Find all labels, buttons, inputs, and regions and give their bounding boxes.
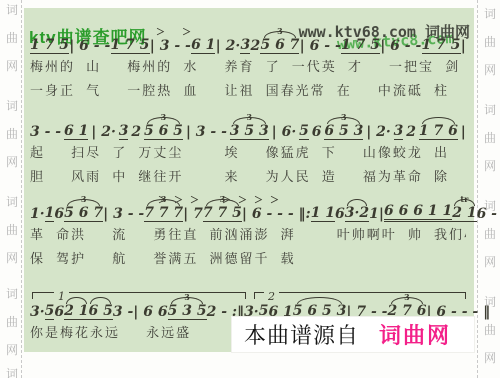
margin-watermark-char: 网: [6, 156, 18, 168]
music-system: ＞＞＞ ＞＞＞＞1·165 6 73| 3 - -7 7 73| 77 7 53…: [30, 204, 466, 270]
notation-token: | 3 - -: [103, 206, 144, 222]
notation-token: |: [461, 38, 466, 54]
lyric-line: 一身正 气 一腔热 血 让祖 国春光常 在 中流砥 柱 献 肝: [30, 82, 466, 102]
margin-watermark-char: 曲: [6, 316, 18, 328]
notation-line: ＞＞＞ ＞＞＞＞1·165 6 73| 3 - -7 7 73| 77 7 53…: [30, 204, 466, 222]
notation-token: 6 1: [191, 37, 215, 54]
margin-watermark-char: 网: [6, 344, 18, 356]
margin-watermark-char: 词: [6, 368, 18, 378]
tuplet-mark: 3: [246, 112, 252, 122]
margin-watermark-char: 网: [6, 60, 18, 72]
notation-token: 6 - |: [477, 206, 500, 222]
margin-watermark-char: 网: [484, 352, 496, 364]
notation-token: 5 3 53: [168, 303, 207, 320]
margin-watermark-char: 曲: [6, 128, 18, 140]
margin-watermark-char: 曲: [484, 324, 496, 336]
notation-token: 2: [131, 124, 141, 140]
lyric-line: 起 扫尽 了 万丈尘 埃 像猛虎 下 山像蛟龙 出 海融入: [30, 144, 466, 164]
notation-token: | 6 - -: [300, 38, 341, 54]
notation-token: 1: [45, 205, 55, 222]
margin-watermark-char: 词: [6, 100, 18, 112]
source-brand: 词曲网: [379, 319, 451, 350]
margin-watermark-char: 词: [6, 196, 18, 208]
notation-token: 2 1: [64, 303, 88, 320]
notation-token: 6 6 6 1 1: [384, 203, 452, 222]
margin-watermark-char: 网: [484, 256, 496, 268]
source-box: 本曲谱源自 词曲网: [232, 317, 474, 352]
notation-token: 6: [54, 304, 64, 320]
notation-token: 3 - -: [30, 124, 61, 140]
notation-token: 5: [299, 123, 309, 140]
notation-token: 1: [369, 206, 379, 222]
tuplet-mark: 3: [341, 112, 347, 122]
divider-dashed-left: [21, 0, 22, 378]
margin-watermark-char: 网: [484, 64, 496, 76]
notation-token: | 2·: [91, 124, 116, 140]
tuplet-mark: 3: [161, 194, 167, 204]
lyric-line: 保 驾护 航 誉满五 洲德留千 载: [30, 250, 466, 270]
notation-token: 6 1: [64, 123, 88, 140]
notation-token: 1 7 5: [422, 37, 461, 54]
notation-token: |: [461, 124, 466, 140]
tuplet-mark: 3: [81, 194, 87, 204]
notation-token: 7 7 73: [144, 205, 183, 222]
notation-token: 2: [406, 124, 416, 140]
trill-mark: tr: [460, 194, 468, 204]
tuplet-mark: 3: [404, 292, 410, 302]
notation-line: ＞ ＞1 7 5| 6 - -1 7 5| 3 - -6 1| 2·325 6 …: [30, 36, 466, 54]
margin-watermark-char: 词: [6, 4, 18, 16]
tuplet-mark: 3: [161, 112, 167, 122]
tuplet-mark: 3: [220, 194, 226, 204]
margin-watermark-right: 词曲网词曲网词曲网词曲网: [476, 0, 500, 378]
notation-token: 1 1: [311, 205, 335, 222]
notation-token: 1·: [30, 206, 45, 222]
music-system: ＞ ＞1 7 5| 6 - -1 7 5| 3 - -6 1| 2·325 6 …: [30, 36, 466, 102]
notation-token: | 3 - -: [186, 124, 227, 140]
notation-token: 3: [240, 37, 250, 54]
notation-token: 5: [45, 303, 55, 320]
notation-token: | 2·: [366, 124, 391, 140]
notation-token: 1 7 5: [30, 37, 69, 54]
notation-token: 3 5 33: [230, 123, 269, 140]
page: { "margins": { "chars": ["词", "曲", "网"],…: [0, 0, 500, 378]
notation-token: 1 7 5: [341, 37, 380, 54]
notation-token: 6: [335, 206, 345, 222]
notation-token: 3: [119, 123, 129, 140]
notation-token: | 6 - - - ‖:: [242, 206, 311, 222]
source-text: 本曲谱源自: [244, 319, 359, 350]
margin-watermark-char: 曲: [484, 36, 496, 48]
notation-line: 3 - -6 1| 2·325 6 53| 3 - -3 5 33| 6·566…: [30, 122, 466, 140]
lyric-line: 胆 风雨 中 继往开 来 为人民 造 福为革命 除 害忠心: [30, 168, 466, 188]
notation-token: 2 1tr: [452, 205, 476, 222]
margin-watermark-char: 曲: [6, 32, 18, 44]
notation-token: 6 5 33: [324, 123, 363, 140]
tuplet-mark: 3: [184, 292, 190, 302]
notation-token: 3 -: [113, 304, 133, 320]
notation-token: | 7: [183, 206, 203, 222]
lyric-line: 梅州的 山 梅州的 水 养育 了 一代英 才 一把宝 剑 擎 天: [30, 58, 466, 78]
notation-token: 7 7 53: [203, 205, 242, 222]
notation-token: 1 7 5: [111, 37, 150, 54]
notation-token: 5 6 53: [144, 123, 183, 140]
score-sheet: ktv曲谱查吧网 www.ktvc8.com www.ktv68.com 词曲网…: [24, 8, 474, 352]
notation-token: 6: [312, 124, 322, 140]
notation-token: 3: [394, 123, 404, 140]
notation-token: 2: [250, 38, 260, 54]
notation-token: 5 6 73: [260, 37, 299, 54]
volta-bracket-2: 2: [254, 292, 466, 300]
margin-watermark-char: 词: [6, 288, 18, 300]
notation-token: | 2·: [216, 38, 241, 54]
notation-token: 5 6 73: [64, 205, 103, 222]
tuplet-mark: 3: [277, 26, 283, 36]
notation-token: 1 7 6: [419, 123, 458, 140]
notation-token: | 3 - -: [150, 38, 191, 54]
margin-watermark-char: 曲: [6, 224, 18, 236]
notation-token: 3·: [30, 304, 45, 320]
margin-watermark-char: 曲: [484, 132, 496, 144]
margin-watermark-char: 曲: [484, 228, 496, 240]
notation-token: 3·2: [345, 205, 369, 222]
notation-token: 6: [54, 206, 64, 222]
notation-token: 6 5: [88, 303, 112, 320]
notation-token: | 6·: [272, 124, 297, 140]
margin-watermark-char: 词: [484, 104, 496, 116]
margin-watermark-char: 网: [6, 252, 18, 264]
margin-watermark-char: 词: [484, 8, 496, 20]
volta-bracket-1: 1: [32, 292, 246, 300]
notation-token: | 6 6: [133, 304, 167, 320]
notation-token: | 6 - -: [380, 38, 421, 54]
lyric-line: 革 命洪 流 勇往直 前汹涌澎 湃 叶帅啊叶 帅 我们心中的叶 帅: [30, 226, 466, 246]
music-system: 3 - -6 1| 2·325 6 53| 3 - -3 5 33| 6·566…: [30, 122, 466, 188]
margin-watermark-char: 网: [484, 160, 496, 172]
notation-token: | 6 - -: [69, 38, 110, 54]
